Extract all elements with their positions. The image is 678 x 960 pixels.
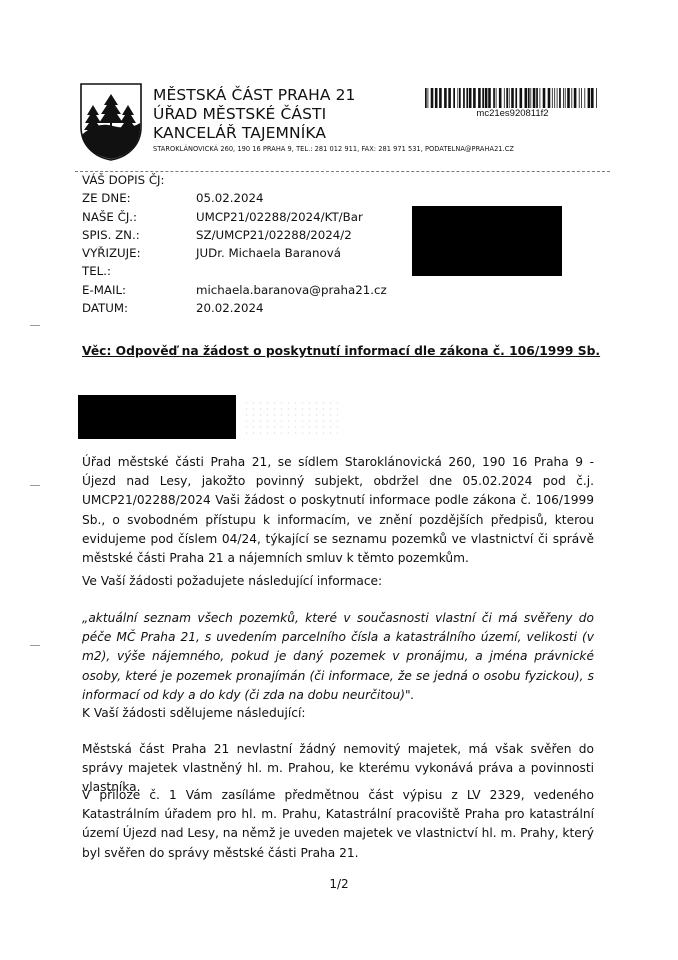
reference-label: TEL.: [82,262,196,280]
department-name: KANCELÁŘ TAJEMNÍKA [153,124,326,142]
subject-line: Věc: Odpověď na žádost o poskytnutí info… [82,344,600,358]
barcode-text: mc21es920811f2 [425,108,600,119]
reference-row: SPIS. ZN.:SZ/UMCP21/02288/2024/2 [82,226,387,244]
reference-value: SZ/UMCP21/02288/2024/2 [196,226,352,244]
reference-row: E-MAIL:michaela.baranova@praha21.cz [82,281,387,299]
redacted-recipient-block [412,206,562,276]
fold-mark [30,485,40,486]
body-paragraph-intro: Úřad městské části Praha 21, se sídlem S… [82,453,594,568]
org-name: MĚSTSKÁ ČÁST PRAHA 21 [153,86,356,104]
org-address: STAROKLÁNOVICKÁ 260, 190 16 PRAHA 9, TEL… [153,145,514,153]
reference-label: NAŠE ČJ.: [82,208,196,226]
fold-mark [30,325,40,326]
reference-label: VYŘIZUJE: [82,244,196,262]
reference-value: 20.02.2024 [196,299,264,317]
faded-stamp [243,400,338,436]
body-paragraph-response-intro: K Vaší žádosti sdělujeme následující: [82,704,594,723]
coat-of-arms-trees-icon [80,83,142,161]
reference-label: ZE DNE: [82,189,196,207]
redacted-salutation [78,395,236,439]
reference-label: VÁŠ DOPIS ČJ: [82,171,196,189]
fold-mark [30,645,40,646]
reference-value: UMCP21/02288/2024/KT/Bar [196,208,363,226]
reference-value: 05.02.2024 [196,189,264,207]
barcode-icon [425,88,600,108]
body-paragraph-attachment: V příloze č. 1 Vám zasíláme předmětnou č… [82,786,594,863]
reference-value: michaela.baranova@praha21.cz [196,281,387,299]
reference-label: DATUM: [82,299,196,317]
reference-row: NAŠE ČJ.:UMCP21/02288/2024/KT/Bar [82,208,387,226]
body-paragraph-request-intro: Ve Vaší žádosti požadujete následující i… [82,572,594,591]
reference-row: ZE DNE:05.02.2024 [82,189,387,207]
reference-value: JUDr. Michaela Baranová [196,244,341,262]
office-name: ÚŘAD MĚSTSKÉ ČÁSTI [153,105,326,123]
reference-row: VYŘIZUJE:JUDr. Michaela Baranová [82,244,387,262]
body-paragraph-request-quote: „aktuální seznam všech pozemků, které v … [82,609,594,705]
reference-row: VÁŠ DOPIS ČJ: [82,171,387,189]
page-number: 1/2 [0,877,678,891]
reference-label: E-MAIL: [82,281,196,299]
reference-row: TEL.: [82,262,387,280]
reference-row: DATUM:20.02.2024 [82,299,387,317]
reference-label: SPIS. ZN.: [82,226,196,244]
reference-table: VÁŠ DOPIS ČJ:ZE DNE:05.02.2024NAŠE ČJ.:U… [82,171,387,317]
